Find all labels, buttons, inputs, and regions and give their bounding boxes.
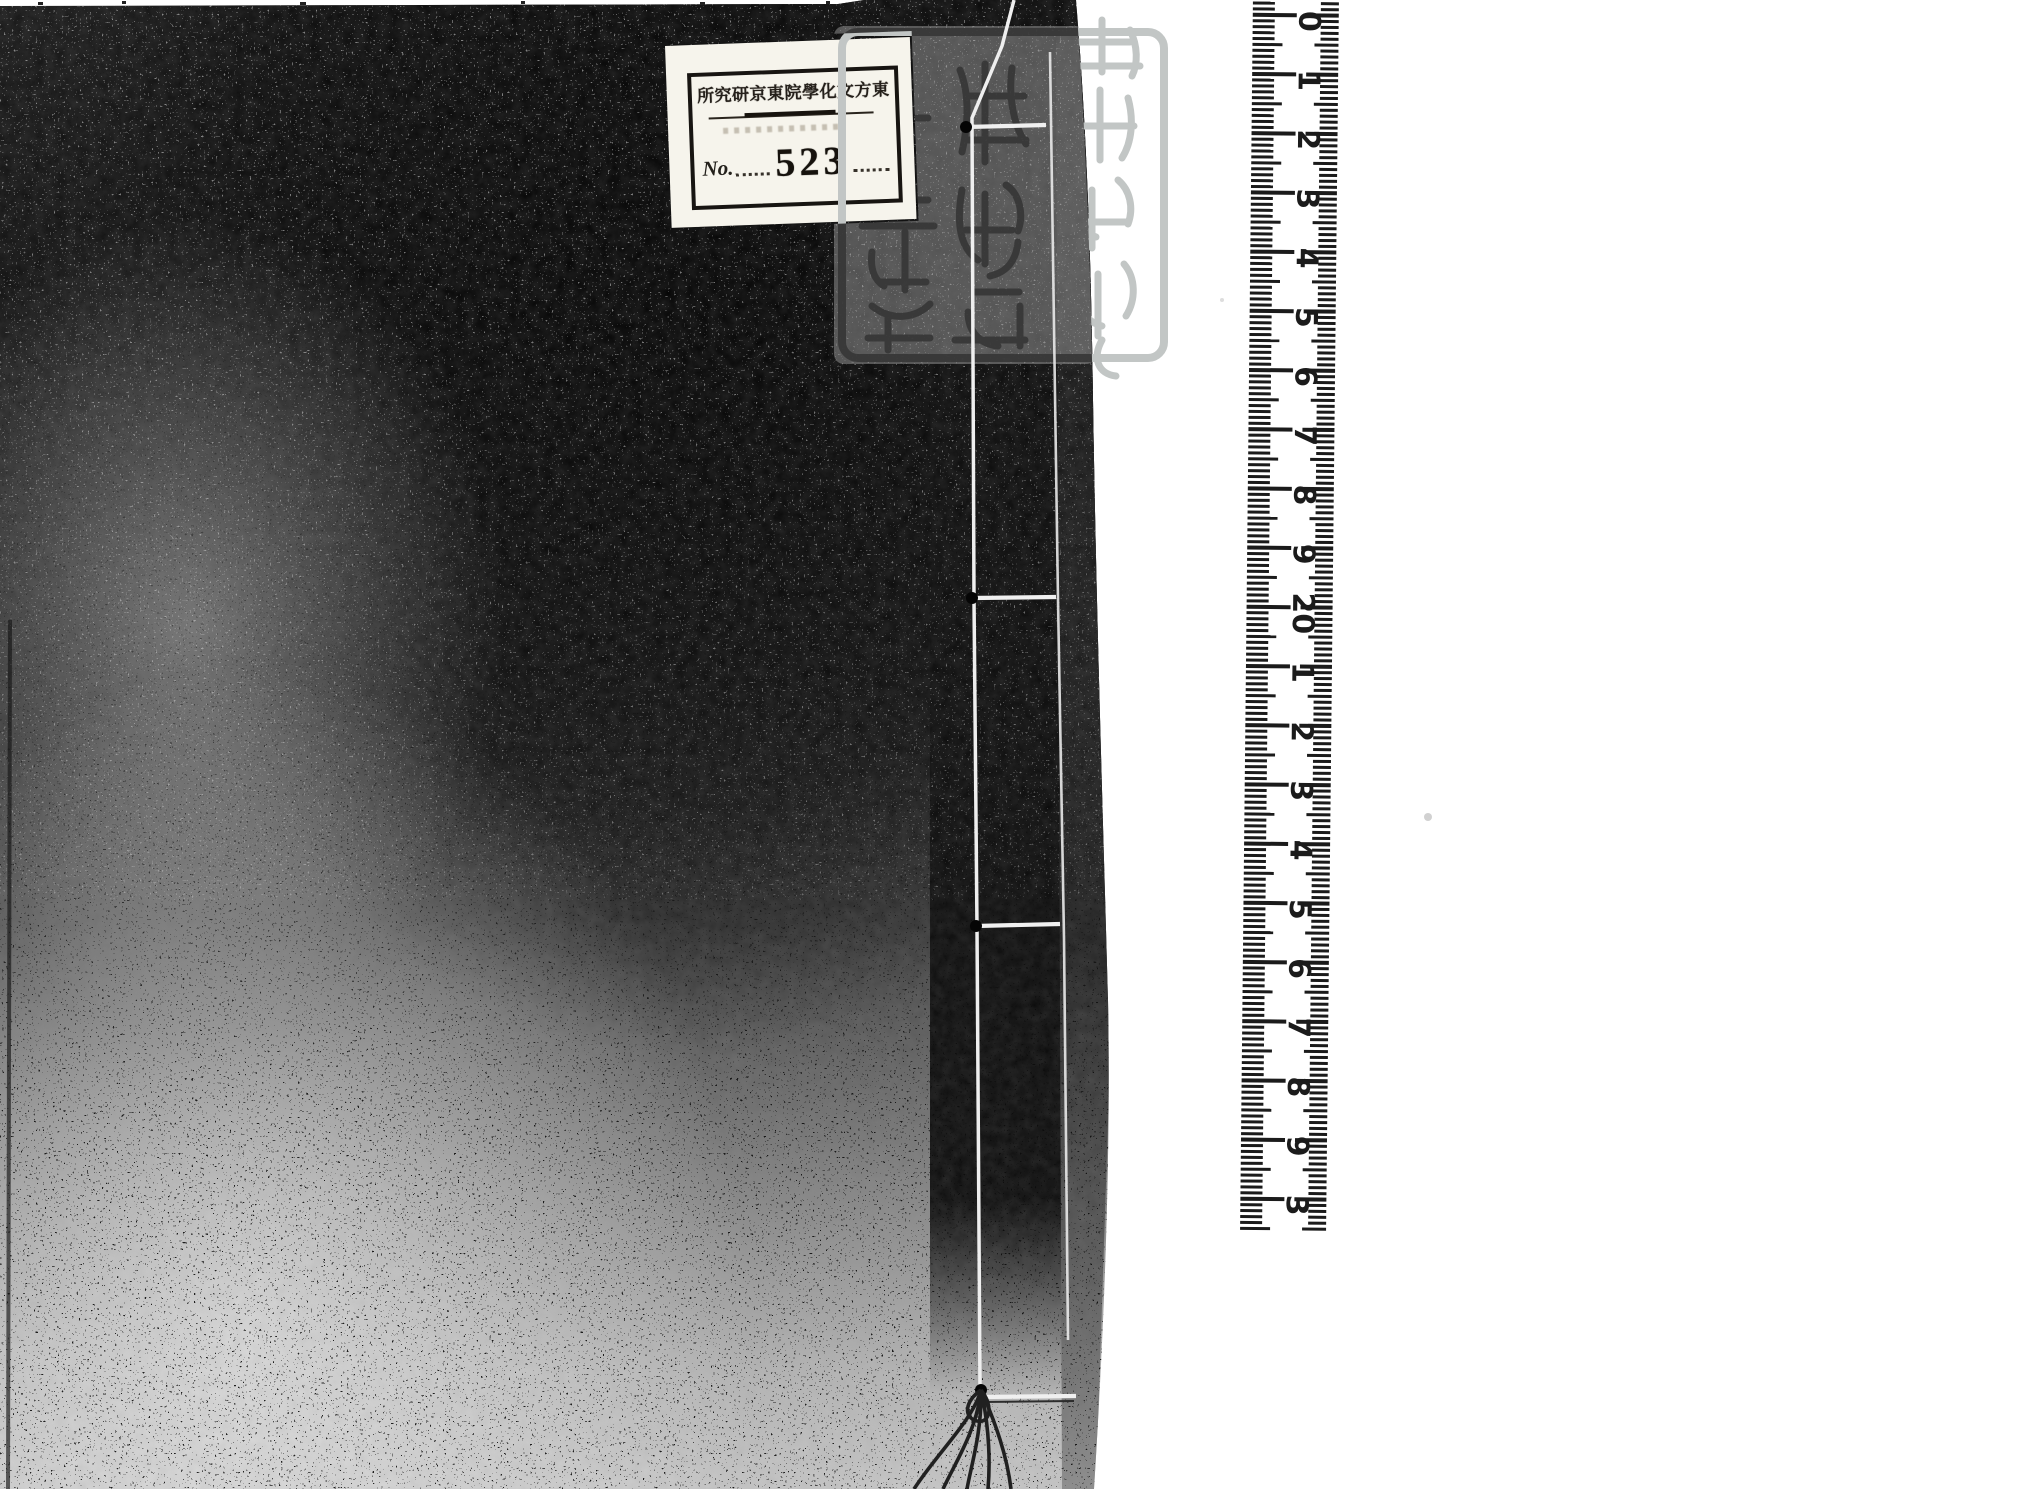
ruler-number: 5 (1282, 899, 1317, 920)
ruler-number: 8 (1286, 484, 1321, 505)
binding-threads (0, 0, 2022, 1489)
ruler-number: 6 (1287, 366, 1322, 387)
ruler-number: 6 (1281, 958, 1316, 979)
thread-tassel (914, 1390, 1011, 1489)
stitch-shadow (984, 1401, 1074, 1402)
ruler-number: 8 (1280, 1076, 1315, 1097)
ruler-number: 1 (1284, 662, 1319, 683)
ruler-number: 7 (1281, 1017, 1316, 1038)
ruler-number: 3 (1279, 1195, 1314, 1216)
ruler-number: 9 (1279, 1136, 1314, 1157)
ruler-number: 4 (1289, 248, 1324, 269)
ruler-number: 7 (1287, 425, 1322, 446)
ruler-number: 5 (1288, 307, 1323, 328)
ruler-number: 2 (1284, 721, 1319, 742)
stitch-threads (966, 125, 1076, 1397)
ruler-number: 3 (1289, 188, 1324, 209)
ruler-number: 3 (1283, 780, 1318, 801)
ruler-scale: 0123456789201234567893 (1238, 0, 1343, 1241)
ruler-number: 0 (1291, 11, 1326, 32)
ruler-number: 9 (1286, 544, 1321, 565)
ruler-number: 1 (1290, 70, 1325, 91)
ruler-number: 4 (1282, 840, 1317, 861)
centimeter-ruler: 0123456789201234567893 (1238, 0, 1343, 1241)
ruler-number: 20 (1285, 592, 1320, 634)
scan-stage: 所究研京東院學化文方東 No. 523 (0, 0, 2022, 1489)
ruler-number: 2 (1290, 129, 1325, 150)
spine-fold-highlight (1050, 52, 1068, 1340)
vertical-thread (972, 0, 1014, 1388)
